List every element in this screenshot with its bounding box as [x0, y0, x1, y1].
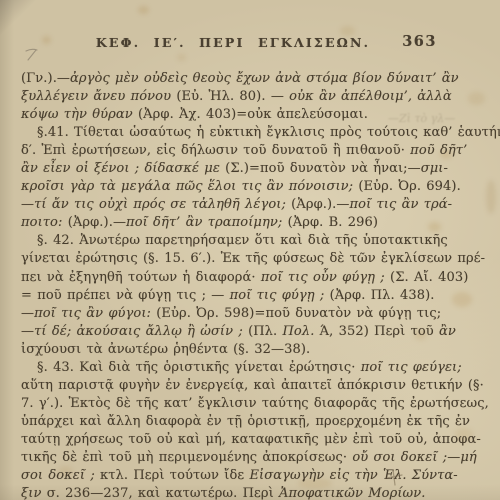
- greek-quotation: κόψω τὴν θύραν: [21, 107, 138, 122]
- text-line: αὕτη παριστᾷ φυγὴν ἐν ἐνεργείᾳ, καὶ ἀπαι…: [21, 377, 451, 395]
- paragraph: §.41. Τίθεται ὡσαύτως ἡ εὐκτικὴ ἔγκλισις…: [21, 124, 451, 232]
- greek-quotation: ποῖ δῆτ’ ἂν τραποίμην;: [126, 215, 288, 230]
- text-line: —τί δέ; ἀκούσαις ἄλλῳ ἢ ὠσίν ; (Πλ. Πολ.…: [21, 323, 451, 341]
- text-line: ἰσχύουσι τὰ ἀνωτέρω ῥηθέντα (§. 32—38).: [21, 341, 451, 359]
- text-line: κροῖσι γὰρ τὰ μεγάλα πῶς ἕλοι τις ἂν πόν…: [21, 178, 451, 196]
- commentary-text: 7. γ′.). Ἐκτὸς δὲ τῆς κατ’ ἔγκλισιν ταύτ…: [21, 396, 489, 411]
- page-header: ΚΕΦ. ΙΕ′. ΠΕΡΙ ΕΓΚΛΙΣΕΩΝ. 363: [21, 35, 445, 53]
- greek-quotation: ποῖ τις οὖν φύγῃ ;: [261, 270, 390, 285]
- paragraph: (Γν.).—ἀργὸς μὲν οὐδεὶς θεοὺς ἔχων ἀνὰ σ…: [21, 70, 451, 124]
- greek-quotation: ἀργὸς μὲν οὐδεὶς θεοὺς ἔχων ἀνὰ στόμα βί…: [70, 71, 459, 86]
- commentary-text: σ. 236—237, καὶ κατωτέρω. Περὶ: [47, 486, 279, 500]
- greek-quotation: σμι-: [421, 161, 448, 176]
- commentary-text: τικῆς δὲ ἐπὶ τοῦ μὴ περιμενομένης ἀποκρί…: [21, 450, 352, 465]
- text-line: ξυλλέγειν ἄνευ πόνου (Εὐ. Ἠλ. 80). — οὐκ…: [21, 88, 451, 106]
- handwritten-cross-icon: [385, 469, 405, 487]
- greek-quotation: σοι δοκεῖ ;: [21, 468, 100, 483]
- stain: [468, 92, 485, 105]
- commentary-text: —: [21, 197, 34, 212]
- commentary-text: (Ἀρφ.).—: [291, 197, 349, 212]
- text-line: τικῆς δὲ ἐπὶ τοῦ μὴ περιμενομένης ἀποκρί…: [21, 449, 451, 467]
- scanned-page: —Ζὶ τὸ γλ— ΚΕΦ. ΙΕ′. ΠΕΡΙ ΕΓΚΛΙΣΕΩΝ. 363…: [0, 0, 500, 500]
- text-line: ξιν σ. 236—237, καὶ κατωτέρω. Περὶ Ἀποφα…: [21, 485, 451, 500]
- greek-quotation: Εἰσαγωγὴν εἰς τὴν Ἑλ. Σύντα-: [249, 468, 457, 483]
- commentary-text: (Εὐ. Ἠλ. 80). —: [176, 89, 289, 104]
- commentary-text: (Ἀρφ. Πλ. 438).: [330, 288, 435, 303]
- text-line: ὑπάρχει καὶ ἄλλη διαφορὰ ἐν τῇ ὁριστικῇ,…: [21, 413, 451, 431]
- text-line: ποιτο: (Ἀρφ.).—ποῖ δῆτ’ ἂν τραποίμην; (Ἀ…: [21, 214, 451, 232]
- text-line: κόψω τὴν θύραν (Ἀρφ. Ἀχ. 403)=οὐκ ἀπελεύ…: [21, 106, 451, 124]
- pencil-mark: [24, 47, 40, 63]
- stain: [452, 292, 472, 307]
- greek-quotation: ἂν: [439, 324, 456, 339]
- commentary-text: πει νὰ ἐξηγηθῆ τούτων ἡ διαφορά·: [21, 270, 261, 285]
- greek-quotation: ποῖ τις ἂν φύγοι:: [34, 306, 156, 321]
- greek-quotation: ξιν: [21, 486, 47, 500]
- text-line: γίνεται ἐρώτησις (§. 15. 6′.). Ἐκ τῆς φύ…: [21, 250, 451, 268]
- commentary-text: —: [21, 324, 34, 339]
- greek-quotation: ποῖ τις ἂν τρά-: [350, 197, 453, 212]
- stain: [177, 54, 186, 61]
- greek-quotation: ποῖ τις φύγῃ ;: [230, 288, 330, 303]
- text-line: §. 42. Ἀνωτέρω παρετηρήσαμεν ὅτι καὶ διὰ…: [21, 232, 451, 250]
- commentary-text: §. 42. Ἀνωτέρω παρετηρήσαμεν ὅτι καὶ διὰ…: [37, 233, 448, 248]
- text-line: ταύτῃ χρήσεως τοῦ οὐ καὶ μή, καταφατικῆς…: [21, 431, 451, 449]
- chapter-title: ΚΕΦ. ΙΕ′. ΠΕΡΙ ΕΓΚΛΙΣΕΩΝ.: [21, 35, 445, 50]
- commentary-text: γίνεται ἐρώτησις (§. 15. 6′.). Ἐκ τῆς φύ…: [21, 251, 485, 266]
- commentary-text: ἰσχύουσι τὰ ἀνωτέρω ῥηθέντα (§. 32—38).: [21, 342, 310, 357]
- text-line: 7. γ′.). Ἐκτὸς δὲ τῆς κατ’ ἔγκλισιν ταύτ…: [21, 395, 451, 413]
- greek-quotation: ξυλλέγειν ἄνευ πόνου: [21, 89, 176, 104]
- text-line: —ποῖ τις ἂν φύγοι: (Εὐρ. Ὀρ. 598)=ποῦ δυ…: [21, 305, 451, 323]
- text-block: (Γν.).—ἀργὸς μὲν οὐδεὶς θεοὺς ἔχων ἀνὰ σ…: [21, 70, 451, 500]
- commentary-text: (Σ. Αἴ. 403): [390, 270, 468, 285]
- text-line: δ′. Ἐπὶ ἐρωτήσεων, εἰς δήλωσιν τοῦ δυνατ…: [21, 142, 451, 160]
- greek-quotation: ποῦ δῆτ’: [410, 143, 467, 158]
- commentary-text: §.41. Τίθεται ὡσαύτως ἡ εὐκτικὴ ἔγκλισις…: [37, 125, 500, 140]
- greek-quotation: οὔ σοι δοκεῖ ;—μή: [352, 450, 477, 465]
- greek-quotation: κροῖσι γὰρ τὰ μεγάλα πῶς ἕλοι τις ἂν πόν…: [21, 179, 358, 194]
- greek-quotation: ποῖ τις φεύγει;: [361, 360, 462, 375]
- commentary-text: —: [21, 306, 34, 321]
- greek-quotation: τί ἄν τις οὐχὶ πρός σε τἀληθῆ λέγοι;: [34, 197, 291, 212]
- commentary-text: (Εὐρ. Ὀρ. 598)=ποῦ δυνατὸν νὰ φύγῃ τις;: [156, 306, 441, 321]
- text-line: (Γν.).—ἀργὸς μὲν οὐδεὶς θεοὺς ἔχων ἀνὰ σ…: [21, 70, 451, 88]
- commentary-text: ταύτῃ χρήσεως τοῦ οὐ καὶ μή, καταφατικῆς…: [21, 432, 481, 447]
- stain: [486, 180, 496, 214]
- commentary-text: §. 43. Καὶ διὰ τῆς ὁριστικῆς γίνεται ἐρώ…: [37, 360, 361, 375]
- greek-quotation: Πολ.: [283, 324, 320, 339]
- stain: [138, 6, 149, 14]
- greek-quotation: Ἀποφατικῶν Μορίων.: [279, 486, 425, 500]
- text-line: —τί ἄν τις οὐχὶ πρός σε τἀληθῆ λέγοι; (Ἀ…: [21, 196, 451, 214]
- commentary-text: (Γν.).—: [21, 71, 70, 86]
- paragraph: §. 42. Ἀνωτέρω παρετηρήσαμεν ὅτι καὶ διὰ…: [21, 232, 451, 358]
- text-line: πει νὰ ἐξηγηθῆ τούτων ἡ διαφορά· ποῖ τις…: [21, 269, 451, 287]
- commentary-text: (Ἀρφ.).—: [68, 215, 126, 230]
- commentary-text: ὑπάρχει καὶ ἄλλη διαφορὰ ἐν τῇ ὁριστικῇ,…: [21, 414, 470, 429]
- commentary-text: (Σ.)=ποῦ δυνατὸν νὰ ἦναι;—: [225, 161, 421, 176]
- commentary-text: (Πλ.: [248, 324, 282, 339]
- greek-quotation: τί δέ; ἀκούσαις ἄλλῳ ἢ ὠσίν ;: [34, 324, 248, 339]
- commentary-text: δ′. Ἐπὶ ἐρωτήσεων, εἰς δήλωσιν τοῦ δυνατ…: [21, 143, 410, 158]
- commentary-text: (Εὐρ. Ὀρ. 694).: [358, 179, 460, 194]
- page-number: 363: [402, 33, 437, 50]
- text-line: §.41. Τίθεται ὡσαύτως ἡ εὐκτικὴ ἔγκλισις…: [21, 124, 451, 142]
- text-line: §. 43. Καὶ διὰ τῆς ὁριστικῆς γίνεται ἐρώ…: [21, 359, 451, 377]
- greek-quotation: ἂν εἶεν οἱ ξένοι ; δίδασκέ με: [21, 161, 225, 176]
- commentary-text: = ποῦ πρέπει νὰ φύγῃ τις ; —: [21, 288, 230, 303]
- commentary-text: (Ἀρφ. Ἀχ. 403)=οὐκ ἀπελεύσομαι.: [138, 107, 368, 122]
- text-line: ἂν εἶεν οἱ ξένοι ; δίδασκέ με (Σ.)=ποῦ δ…: [21, 160, 451, 178]
- greek-quotation: οὐκ ἂν ἀπέλθοιμ’, ἀλλὰ: [289, 89, 452, 104]
- commentary-text: Ά, 352) Περὶ τοῦ: [320, 324, 439, 339]
- greek-quotation: ποιτο:: [21, 215, 68, 230]
- text-line: = ποῦ πρέπει νὰ φύγῃ τις ; — ποῖ τις φύγ…: [21, 287, 451, 305]
- commentary-text: κτλ. Περὶ τούτων ἴδε: [100, 468, 249, 483]
- commentary-text: αὕτη παριστᾷ φυγὴν ἐν ἐνεργείᾳ, καὶ ἀπαι…: [21, 378, 484, 393]
- commentary-text: (Ἀρφ. Β. 296): [288, 215, 378, 230]
